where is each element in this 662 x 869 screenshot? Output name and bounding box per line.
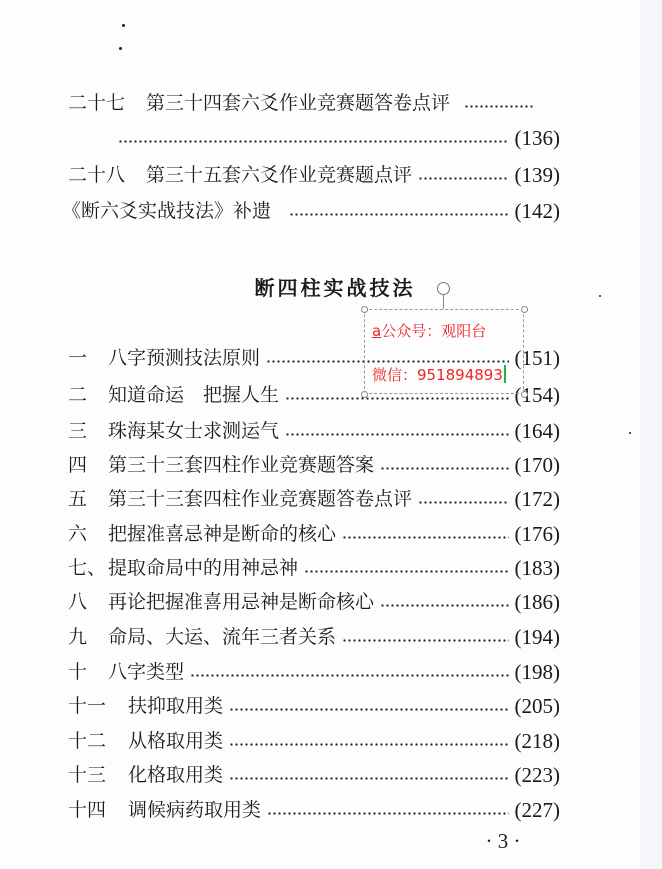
toc-entry-page: (170): [515, 451, 561, 479]
toc-entry: 《断六爻实战技法》补遗 (142): [68, 197, 560, 225]
toc-entry: 十 八字类型 (198): [68, 658, 560, 686]
dot-leader: [342, 536, 508, 539]
toc-entry-continuation: (136): [68, 124, 560, 152]
toc-entry-number: 六: [68, 520, 108, 548]
toc-entry-page: (183): [515, 554, 561, 582]
toc-entry-page: (142): [515, 197, 561, 225]
toc-entry: 三 珠海某女士求测运气 (164): [68, 417, 560, 445]
toc-entry-page: (194): [515, 623, 561, 651]
toc-entry-number: 七、: [68, 554, 108, 582]
toc-entry-title: 第三十三套四柱作业竞赛题答卷点评: [108, 485, 412, 513]
text-cursor: [504, 365, 506, 383]
toc-entry: 八 再论把握准喜用忌神是断命核心 (186): [68, 588, 560, 616]
toc-entry-number: 十: [68, 658, 108, 686]
toc-entry-number: 二: [68, 381, 108, 409]
toc-entry: 十四 调候病药取用类 (227): [68, 796, 560, 824]
dot-leader: [418, 177, 508, 180]
dot-leader: [267, 812, 508, 815]
document-page: 二十七 第三十四套六爻作业竞赛题答卷点评 (136) 二十八 第三十五套六爻作业…: [0, 0, 640, 869]
dot-leader: [342, 639, 508, 642]
resize-handle-top-left[interactable]: [361, 306, 368, 313]
resize-handle-bottom-right[interactable]: [521, 391, 528, 398]
toc-entry-number: 四: [68, 451, 108, 479]
toc-entry: 九 命局、大运、流年三者关系 (194): [68, 623, 560, 651]
toc-entry: 七、 提取命局中的用神忌神 (183): [68, 554, 560, 582]
toc-entry-number: 二十七: [68, 89, 146, 117]
dot-leader: [118, 140, 509, 143]
toc-entry-title: 《断六爻实战技法》补遗: [62, 197, 271, 225]
toc-entry-number: 八: [68, 588, 108, 616]
toc-entry-title: 知道命运 把握人生: [108, 381, 279, 409]
toc-entry-title: 八字预测技法原则: [108, 344, 260, 372]
dot-leader: [229, 708, 508, 711]
toc-entry: 二十八 第三十五套六爻作业竞赛题点评 (139): [68, 161, 560, 189]
resize-handle-top-right[interactable]: [521, 306, 528, 313]
dot-leader: [285, 433, 508, 436]
dot-leader: [380, 467, 508, 470]
toc-entry-number: 十二: [68, 727, 128, 755]
toc-entry-number: 十四: [68, 796, 128, 824]
toc-entry-number: 五: [68, 485, 108, 513]
dot-leader: [190, 674, 508, 677]
toc-entry-title: 再论把握准喜用忌神是断命核心: [108, 588, 374, 616]
toc-entry-page: (198): [515, 658, 561, 686]
toc-entry-title: 八字类型: [108, 658, 184, 686]
dot-leader: [289, 213, 508, 216]
dot-leader: [380, 604, 508, 607]
page-number: · 3 ·: [470, 829, 536, 854]
toc-entry-title: 从格取用类: [128, 727, 223, 755]
watermark-wechat-text: 微信：951894893: [372, 366, 503, 384]
dot-leader: [229, 743, 508, 746]
toc-entry-title: 调候病药取用类: [128, 796, 261, 824]
toc-entry: 六 把握准喜忌神是断命的核心 (176): [68, 520, 560, 548]
toc-entry-title: 命局、大运、流年三者关系: [108, 623, 336, 651]
section-heading: 断四柱实战技法: [0, 272, 640, 301]
dot-leader: [304, 570, 508, 573]
toc-entry-title: 把握准喜忌神是断命的核心: [108, 520, 336, 548]
toc-entry-title: 珠海某女士求测运气: [108, 417, 279, 445]
resize-handle-bottom-left[interactable]: [361, 391, 368, 398]
dot-leader: [464, 105, 534, 108]
toc-entry-page: (164): [515, 417, 561, 445]
toc-entry: 十三 化格取用类 (223): [68, 761, 560, 789]
scan-speck: [629, 432, 631, 434]
toc-entry: 五 第三十三套四柱作业竞赛题答卷点评 (172): [68, 485, 560, 513]
toc-entry: 二十七 第三十四套六爻作业竞赛题答卷点评: [68, 89, 560, 117]
watermark-line-wechat[interactable]: 微信：951894893: [372, 364, 506, 385]
dot-leader: [229, 777, 508, 780]
toc-entry-number: 二十八: [68, 161, 146, 189]
toc-entry-number: 九: [68, 623, 108, 651]
toc-entry-page: (223): [515, 761, 561, 789]
scan-speck: [119, 47, 122, 50]
toc-entry-title: 提取命局中的用神忌神: [108, 554, 298, 582]
toc-entry-page: (139): [515, 161, 561, 189]
toc-entry: 十二 从格取用类 (218): [68, 727, 560, 755]
scan-speck: [122, 24, 125, 27]
toc-entry-page: (218): [515, 727, 561, 755]
rotate-handle-stem: [443, 295, 444, 309]
toc-entry-number: 十三: [68, 761, 128, 789]
toc-entry-page: (136): [515, 124, 561, 152]
side-panel-strip: [640, 0, 662, 869]
toc-entry: 十一 扶抑取用类 (205): [68, 692, 560, 720]
toc-entry-title: 第三十三套四柱作业竞赛题答案: [108, 451, 374, 479]
toc-entry-number: 一: [68, 344, 108, 372]
toc-entry-title: 扶抑取用类: [128, 692, 223, 720]
watermark-account-text: 公众号：观阳台: [381, 322, 486, 340]
watermark-line-account[interactable]: a公众号：观阳台: [372, 320, 486, 341]
toc-entry-title: 第三十四套六爻作业竞赛题答卷点评: [146, 89, 450, 117]
toc-entry: 四 第三十三套四柱作业竞赛题答案 (170): [68, 451, 560, 479]
dot-leader: [285, 397, 508, 400]
toc-entry-page: (176): [515, 520, 561, 548]
toc-entry-page: (186): [515, 588, 561, 616]
toc-entry-page: (227): [515, 796, 561, 824]
dot-leader: [418, 501, 508, 504]
toc-entry-number: 三: [68, 417, 108, 445]
toc-entry-page: (172): [515, 485, 561, 513]
toc-entry-page: (205): [515, 692, 561, 720]
toc-entry-number: 十一: [68, 692, 128, 720]
watermark-prefix: a: [372, 322, 381, 340]
toc-entry-title: 化格取用类: [128, 761, 223, 789]
toc-entry-title: 第三十五套六爻作业竞赛题点评: [146, 161, 412, 189]
rotate-handle[interactable]: [437, 282, 450, 295]
